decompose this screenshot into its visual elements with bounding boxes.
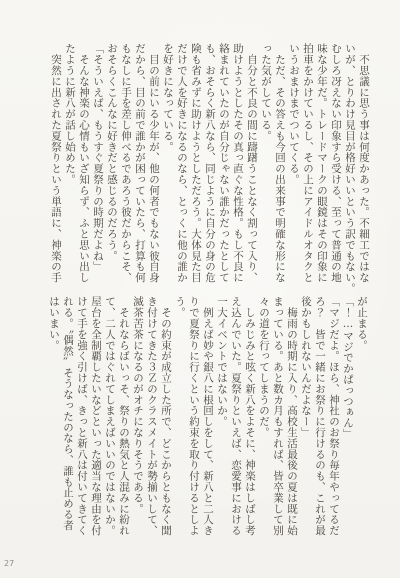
text-line: いが、とりわけ見目が格好いいという訳でもない。 [343,43,357,289]
text-line: え込んでいた。夏祭りといえば、恋愛事における [229,296,243,542]
text-line: 絡まれていたのが自分じゃない誰かだったとして [217,43,231,289]
text-line: った気がしている。 [259,43,273,289]
text-line: 目の前にいる少年が、他の何者でもない彼自身 [147,43,161,289]
text-line: れる。〝偶然〟そうなったのなら、誰も止める者 [61,296,75,542]
text-line: 突然に出された夏祭りという単語に、神楽の手 [49,43,63,289]
text-line: だけで人を好きになるのなら、とっくに他の誰か [175,43,189,289]
text-line: 助けようとしたその真っ直ぐな性格。もし不良に [231,43,245,289]
novel-page: 不思議に思う事は何度かあった。不細工ではないが、とりわけ見目が格好いいという訳で… [0,0,400,578]
text-line: 拍車をかけているし、その上にアイドルオタクと [301,43,315,289]
text-line: 「！…マジでかぱっつぁん」 [341,296,355,542]
text-line: それならばいっそ、祭りの熱気と人混みに紛れ [117,296,131,542]
text-block-upper: 不思議に思う事は何度かあった。不細工ではないが、とりわけ見目が格好いいという訳で… [49,43,371,289]
text-line: が止まる。 [355,296,369,542]
text-line: て、二人ではぐれてしまえばいいのではないか。 [103,296,117,542]
text-line: けて手を強く引けば、きっと新八は付いてきてく [75,296,89,542]
text-line: 後かもしれないんだよなー」 [299,296,313,542]
text-line: むしろ冴えない印象すら受ける、至って普通の地 [329,43,343,289]
text-line: を好きになっている。 [161,43,175,289]
text-line: う。 [173,296,187,542]
text-line: おそらくこんなに好きだと感じるのだろう。 [105,43,119,289]
text-line: しみじみと呟く新八をよそに、神楽はしばし考 [243,296,257,542]
text-line: 険も省みずに助けようとしただろう。大体見た目 [189,43,203,289]
text-line: も、おそらく新八なら、同じように自分の身の危 [203,43,217,289]
text-line: 一大イベントではないか。 [215,296,229,542]
text-line: 味な少年だ。トレードマークの眼鏡はその印象に [315,43,329,289]
text-line: 屋台を全制覇したいなどといった適当な理由を付 [89,296,103,542]
text-block-lower: が止まる。「！…マジでかぱっつぁん」「マジだよ。ほら、神社のお祭り毎年やってるだ… [47,296,369,542]
text-line: 「そういえば、もうすぐ夏祭りの時期だよね」 [91,43,105,289]
text-line: き付けてきた３Ｚのクラスメイトが勢揃いして、 [145,296,159,542]
text-line: 自分と不良の間に躊躇うことなく割って入り、 [245,43,259,289]
text-line: 「マジだよ。ほら、神社のお祭り毎年やってるだ [327,296,341,542]
text-line: たように新八が話し始めた。 [63,43,77,289]
text-line: ただ、その答えも今回の出来事で明確な形にな [273,43,287,289]
text-line: 梅雨の時期に入り、高校生活最後の夏は既に始 [285,296,299,542]
text-line: その約束が成立した所で、どこからともなく聞 [159,296,173,542]
text-line: はいまい。 [47,296,61,542]
text-line: まっている。あと数カ月もすれば、皆卒業して別 [271,296,285,542]
text-line: そんな神楽の心情もいざ知らず、ふと思い出し [77,43,91,289]
text-line: りで夏祭りに行くという約束を取り付けるとしよ [187,296,201,542]
text-line: 例えば妙や銀八に根回しをして、新八と二人き [201,296,215,542]
text-line: 不思議に思う事は何度かあった。不細工ではな [357,43,371,289]
text-line: ろ？ 皆で一緒にお祭りに行けるのも、これが最 [313,296,327,542]
text-line: もなしに手を差し伸べるであろう彼だからこそ、 [119,43,133,289]
text-line: いうおまけまでついてくる。 [287,43,301,289]
text-line: 々の道を行ってしまうのだ。 [257,296,271,542]
text-line: だから、目の前で誰かが困っていたら、打算も何 [133,43,147,289]
page-number: 27 [4,559,14,568]
text-line: 滅茶苦茶になるのがオチになりそうである。 [131,296,145,542]
